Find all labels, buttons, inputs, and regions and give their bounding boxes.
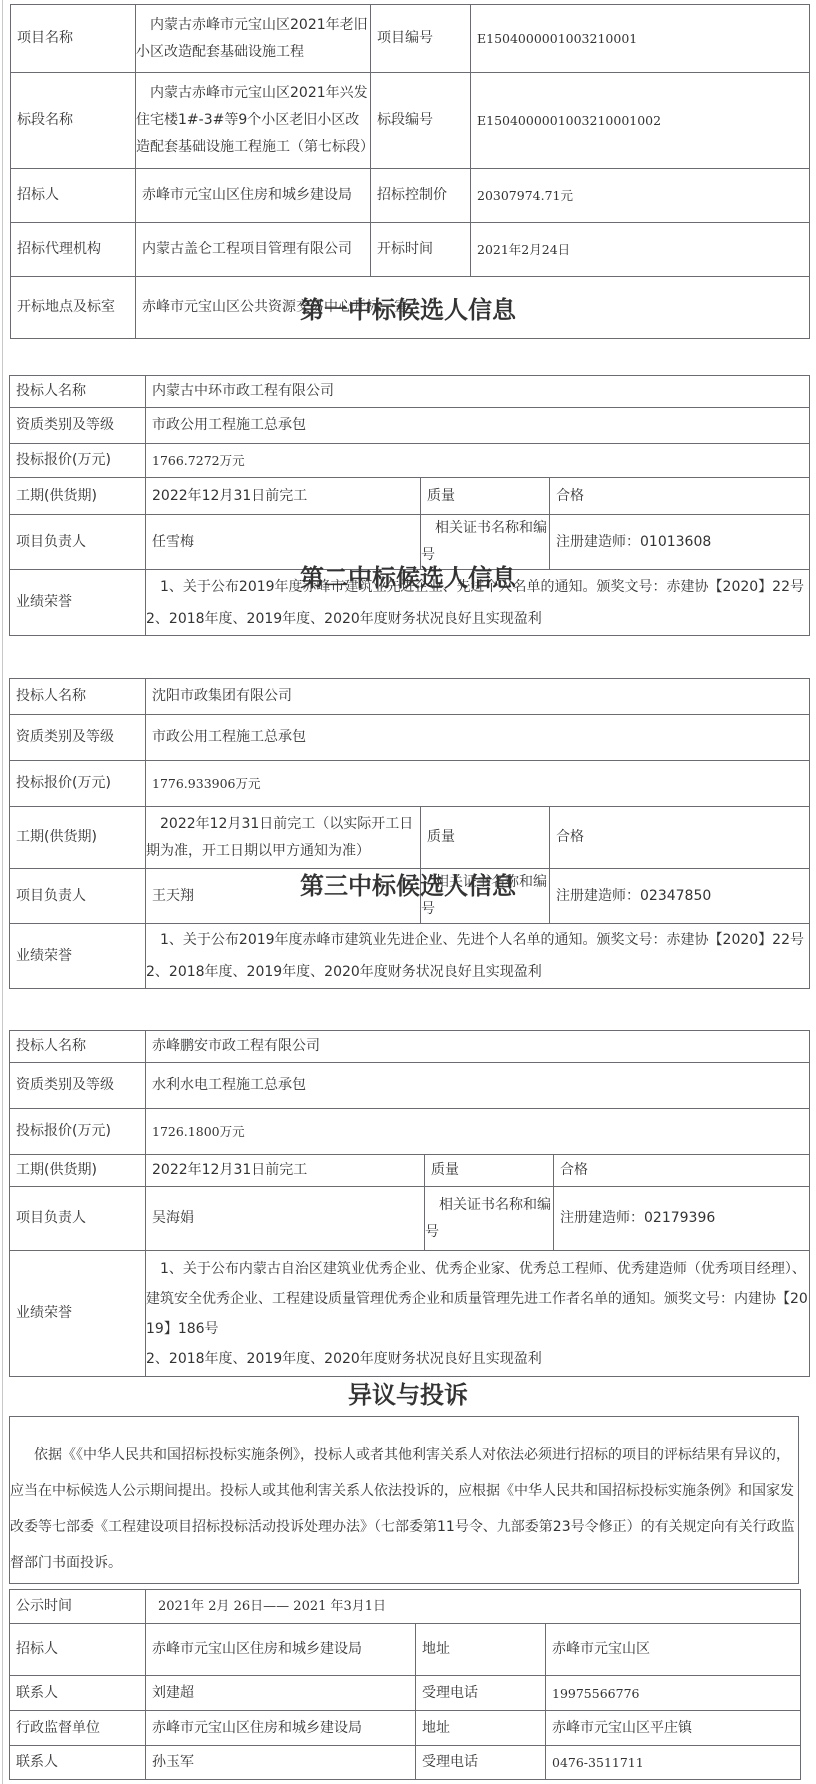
- section-code-value: E1504000001003210001002: [471, 73, 810, 169]
- phone-value: 0476-3511711: [546, 1746, 801, 1780]
- tenderer-label: 招标人: [11, 169, 136, 223]
- duration-label: 工期(供货期): [10, 1155, 146, 1187]
- quality-value: 合格: [550, 478, 810, 515]
- project-code-value: E1504000001003210001: [471, 5, 810, 73]
- address-value: 赤峰市元宝山区: [546, 1624, 801, 1676]
- duration-value: 2022年12月31日前完工（以实际开工日期为准，开工日期以甲方通知为准）: [146, 807, 421, 869]
- bid-price-label: 投标报价(万元): [10, 444, 146, 478]
- bid-price-label: 投标报价(万元): [10, 1109, 146, 1155]
- phone-label: 受理电话: [416, 1746, 546, 1780]
- quality-value: 合格: [554, 1155, 810, 1187]
- address-label: 地址: [416, 1624, 546, 1676]
- duration-value: 2022年12月31日前完工: [146, 1155, 425, 1187]
- phone-label: 受理电话: [416, 1676, 546, 1711]
- candidate-3-table: 投标人名称赤峰鹏安市政工程有限公司 资质类别及等级水利水电工程施工总承包 投标报…: [9, 1030, 810, 1377]
- quality-label: 质量: [421, 478, 550, 515]
- publicity-value: 2021年 2月 26日—— 2021 年3月1日: [146, 1590, 801, 1624]
- contact-person-value: 刘建超: [146, 1676, 416, 1711]
- complaint-title: 异议与投诉: [0, 1380, 816, 1410]
- quality-label: 质量: [421, 807, 550, 869]
- table-row: 项目名称 内蒙古赤峰市元宝山区2021年老旧小区改造配套基础设施工程 项目编号 …: [11, 5, 810, 73]
- honor-item: 2、2018年度、2019年度、2020年度财务状况良好且实现盈利: [146, 956, 809, 988]
- contact-person-label: 联系人: [10, 1746, 146, 1780]
- control-price-label: 招标控制价: [371, 169, 471, 223]
- candidate-1-table: 投标人名称内蒙古中环市政工程有限公司 资质类别及等级市政公用工程施工总承包 投标…: [9, 375, 810, 636]
- candidate-2-title: 第二中标候选人信息: [0, 563, 816, 593]
- honors-value: 1、关于公布内蒙古自治区建筑业优秀企业、优秀企业家、优秀总工程师、优秀建造师（优…: [146, 1251, 810, 1377]
- qualification-value: 水利水电工程施工总承包: [146, 1063, 810, 1109]
- table-row: 标段名称 内蒙古赤峰市元宝山区2021年兴发住宅楼1#-3#等9个小区老旧小区改…: [11, 73, 810, 169]
- certificate-value: 注册建造师：01013608: [550, 515, 810, 570]
- opening-time-label: 开标时间: [371, 223, 471, 277]
- table-row: 招标人 赤峰市元宝山区住房和城乡建设局 招标控制价 20307974.71元: [11, 169, 810, 223]
- candidate-3-title: 第三中标候选人信息: [0, 871, 816, 901]
- candidate-1-title: 第一中标候选人信息: [0, 295, 816, 325]
- qualification-label: 资质类别及等级: [10, 408, 146, 444]
- tenderer-label: 招标人: [10, 1624, 146, 1676]
- qualification-value: 市政公用工程施工总承包: [146, 408, 810, 444]
- tenderer-value: 赤峰市元宝山区住房和城乡建设局: [146, 1624, 416, 1676]
- quality-value: 合格: [550, 807, 810, 869]
- complaint-box: 依据《《中华人民共和国招标投标实施条例》，投标人或者其他利害关系人对依法必须进行…: [9, 1416, 799, 1584]
- bidder-name-label: 投标人名称: [10, 679, 146, 715]
- phone-value: 19975566776: [546, 1676, 801, 1711]
- project-code-label: 项目编号: [371, 5, 471, 73]
- honors-label: 业绩荣誉: [10, 1251, 146, 1377]
- publicity-label: 公示时间: [10, 1590, 146, 1624]
- complaint-text: 依据《《中华人民共和国招标投标实施条例》，投标人或者其他利害关系人对依法必须进行…: [10, 1437, 796, 1581]
- agency-label: 招标代理机构: [11, 223, 136, 277]
- bid-price-value: 1726.1800万元: [146, 1109, 810, 1155]
- opening-time-value: 2021年2月24日: [471, 223, 810, 277]
- qualification-label: 资质类别及等级: [10, 1063, 146, 1109]
- section-code-label: 标段编号: [371, 73, 471, 169]
- address-label: 地址: [416, 1711, 546, 1746]
- bidder-name-label: 投标人名称: [10, 1031, 146, 1063]
- tenderer-value: 赤峰市元宝山区住房和城乡建设局: [136, 169, 371, 223]
- bidder-name-value: 内蒙古中环市政工程有限公司: [146, 376, 810, 408]
- address-value: 赤峰市元宝山区平庄镇: [546, 1711, 801, 1746]
- honor-item: 1、关于公布2019年度赤峰市建筑业先进企业、先进个人名单的通知。颁奖文号：赤建…: [146, 924, 809, 956]
- section-name-value: 内蒙古赤峰市元宝山区2021年兴发住宅楼1#-3#等9个小区老旧小区改造配套基础…: [136, 73, 371, 169]
- project-info-table: 项目名称 内蒙古赤峰市元宝山区2021年老旧小区改造配套基础设施工程 项目编号 …: [10, 4, 810, 339]
- certificate-label: 相关证书名称和编号: [425, 1187, 554, 1251]
- contact-person-label: 联系人: [10, 1676, 146, 1711]
- honor-item: 1、关于公布内蒙古自治区建筑业优秀企业、优秀企业家、优秀总工程师、优秀建造师（优…: [146, 1254, 809, 1344]
- supervisor-label: 行政监督单位: [10, 1711, 146, 1746]
- manager-label: 项目负责人: [10, 1187, 146, 1251]
- contact-table: 公示时间2021年 2月 26日—— 2021 年3月1日 招标人赤峰市元宝山区…: [9, 1589, 801, 1780]
- bid-price-value: 1766.7272万元: [146, 444, 810, 478]
- honor-item: 2、2018年度、2019年度、2020年度财务状况良好且实现盈利: [146, 603, 809, 635]
- section-name-label: 标段名称: [11, 73, 136, 169]
- manager-value: 吴海娟: [146, 1187, 425, 1251]
- manager-value: 任雪梅: [146, 515, 421, 570]
- manager-label: 项目负责人: [10, 515, 146, 570]
- duration-value: 2022年12月31日前完工: [146, 478, 421, 515]
- bidder-name-label: 投标人名称: [10, 376, 146, 408]
- supervisor-value: 赤峰市元宝山区住房和城乡建设局: [146, 1711, 416, 1746]
- bidder-name-value: 赤峰鹏安市政工程有限公司: [146, 1031, 810, 1063]
- agency-value: 内蒙古盖仑工程项目管理有限公司: [136, 223, 371, 277]
- bid-price-label: 投标报价(万元): [10, 761, 146, 807]
- qualification-label: 资质类别及等级: [10, 715, 146, 761]
- project-name-value: 内蒙古赤峰市元宝山区2021年老旧小区改造配套基础设施工程: [136, 5, 371, 73]
- honor-item: 2、2018年度、2019年度、2020年度财务状况良好且实现盈利: [146, 1344, 809, 1374]
- table-row: 招标代理机构 内蒙古盖仑工程项目管理有限公司 开标时间 2021年2月24日: [11, 223, 810, 277]
- qualification-value: 市政公用工程施工总承包: [146, 715, 810, 761]
- bid-price-value: 1776.933906万元: [146, 761, 810, 807]
- duration-label: 工期(供货期): [10, 807, 146, 869]
- duration-label: 工期(供货期): [10, 478, 146, 515]
- certificate-label: 相关证书名称和编号: [421, 515, 550, 570]
- quality-label: 质量: [425, 1155, 554, 1187]
- candidate-2-table: 投标人名称沈阳市政集团有限公司 资质类别及等级市政公用工程施工总承包 投标报价(…: [9, 678, 810, 989]
- honors-value: 1、关于公布2019年度赤峰市建筑业先进企业、先进个人名单的通知。颁奖文号：赤建…: [146, 924, 810, 989]
- control-price-value: 20307974.71元: [471, 169, 810, 223]
- bidder-name-value: 沈阳市政集团有限公司: [146, 679, 810, 715]
- certificate-value: 注册建造师：02179396: [554, 1187, 810, 1251]
- honors-label: 业绩荣誉: [10, 924, 146, 989]
- project-name-label: 项目名称: [11, 5, 136, 73]
- contact-person-value: 孙玉军: [146, 1746, 416, 1780]
